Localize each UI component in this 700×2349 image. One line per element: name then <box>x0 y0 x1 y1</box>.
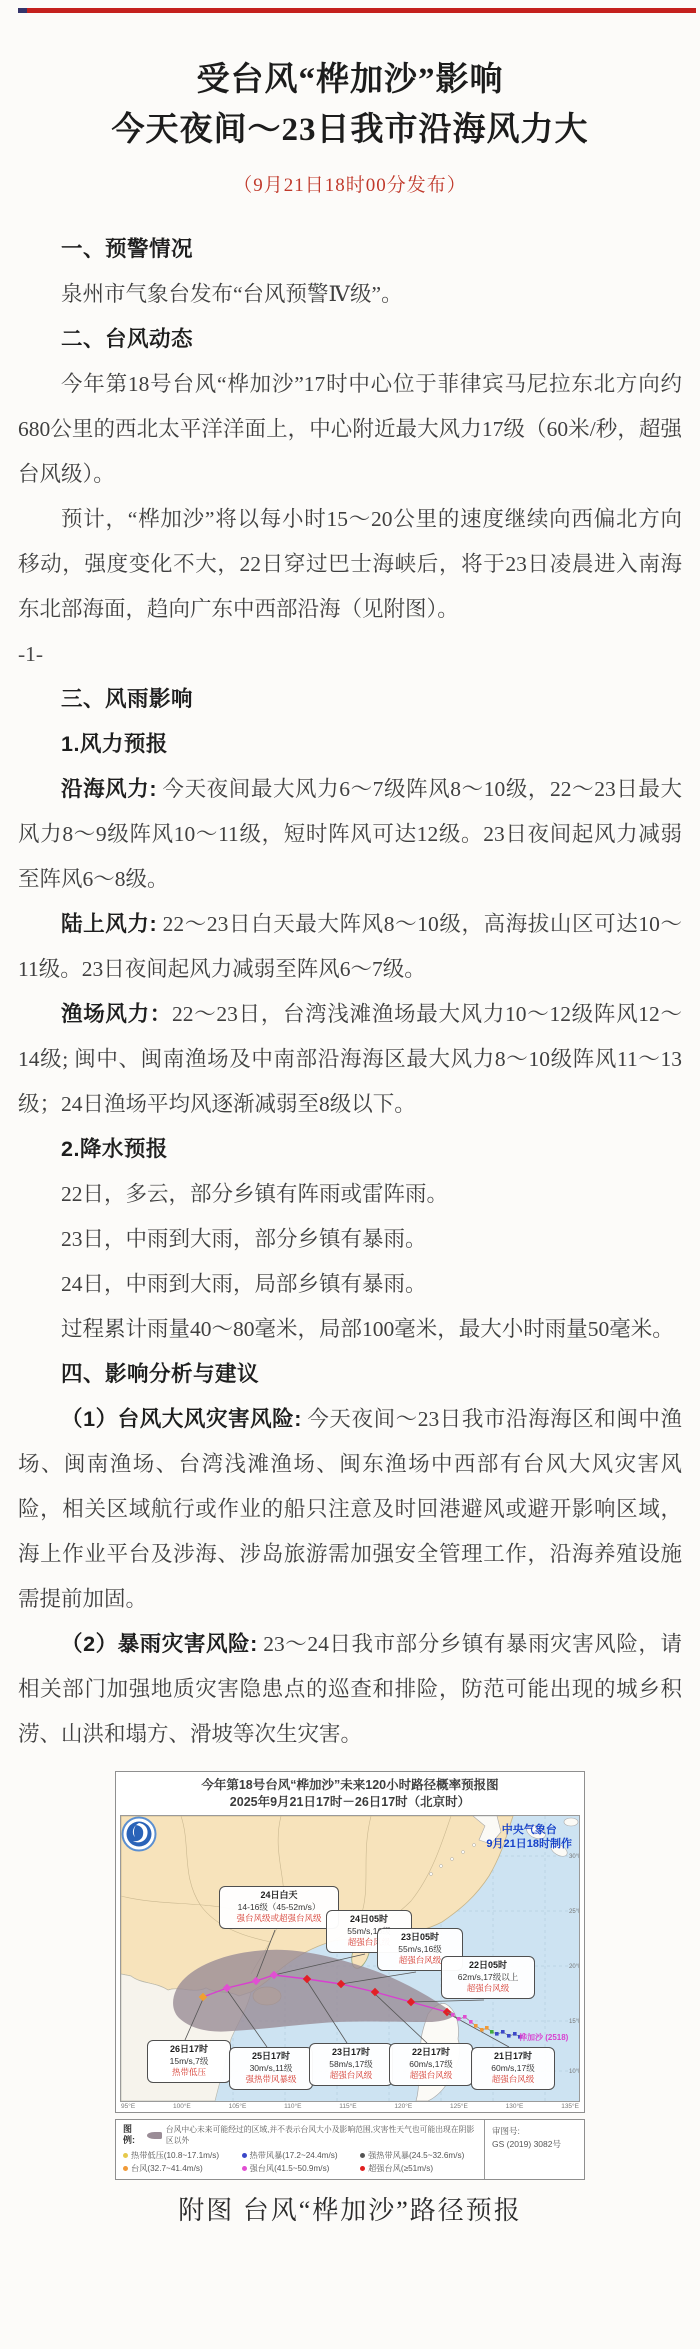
map-title-line-1: 今年第18号台风“桦加沙”未来120小时路径概率预报图 <box>116 1777 584 1794</box>
publish-time: （9月21日18时00分发布） <box>0 170 700 197</box>
fishing-wind-label: 渔场风力： <box>61 1002 172 1026</box>
coastal-wind-label: 沿海风力: <box>61 777 157 801</box>
section-2-heading: 二、台风动态 <box>18 317 682 362</box>
legend-item-td: 热带低压(10.8~17.1m/s) <box>123 2149 242 2162</box>
ty-dot-icon <box>123 2166 128 2171</box>
land-wind-paragraph: 陆上风力: 22～23日白天最大阵风8～10级，高海拔山区可达10～11级。23… <box>18 902 682 992</box>
svg-text:20°N: 20°N <box>569 1964 579 1970</box>
storm-name-label: 桦加沙 (2518) <box>519 2032 568 2043</box>
fishing-wind-paragraph: 渔场风力：22～23日，台湾浅滩渔场最大风力10～12级阵风12～14级; 闽中… <box>18 992 682 1127</box>
agency-issue-time: 9月21日18时制作 <box>486 1837 572 1851</box>
cma-logo-icon <box>121 1816 157 1852</box>
legend-item-superty: 超强台风(≥51m/s) <box>360 2162 479 2175</box>
section-4-heading: 四、影响分析与建议 <box>18 1352 682 1397</box>
legend-item-ty: 台风(32.7~41.4m/s) <box>123 2162 242 2175</box>
x-axis-ticks: 95°E 100°E 105°E 110°E 115°E 120°E 125°E… <box>119 2102 581 2112</box>
callout-24-day: 24日白天 14-16级（45-52m/s） 强台风级或超强台风级 <box>219 1886 339 1929</box>
section-2-paragraph-1: 今年第18号台风“桦加沙”17时中心位于菲律宾马尼拉东北方向约680公里的西北太… <box>18 362 682 497</box>
wind-forecast-subheading: 1.风力预报 <box>18 722 682 767</box>
section-3-heading: 三、风雨影响 <box>18 677 682 722</box>
rain-day23: 23日，中雨到大雨，部分乡镇有暴雨。 <box>18 1217 682 1262</box>
map-canvas: 30°N 25°N 20°N 15°N 10°N 中央气象台 9月21日18时制… <box>120 1815 580 2102</box>
agency-credit: 中央气象台 9月21日18时制作 <box>486 1823 572 1851</box>
section-1-body: 泉州市气象台发布“台风预警Ⅳ级”。 <box>18 272 682 317</box>
page-title: 受台风“桦加沙”影响 今天夜间～23日我市沿海风力大 <box>20 55 680 155</box>
risk-2-paragraph: （2）暴雨灾害风险: 23～24日我市部分乡镇有暴雨灾害风险，请相关部门加强地质… <box>18 1622 682 1757</box>
map-title: 今年第18号台风“桦加沙”未来120小时路径概率预报图 2025年9月21日17… <box>116 1777 584 1811</box>
risk-2-label: （2）暴雨灾害风险: <box>61 1632 257 1656</box>
legend-content: 图例: 台风中心未来可能经过的区域,并不表示台风大小及影响范围,灾害性天气也可能… <box>116 2120 484 2179</box>
title-line-1: 受台风“桦加沙”影响 <box>20 55 680 105</box>
rain-day24: 24日，中雨到大雨，局部乡镇有暴雨。 <box>18 1262 682 1307</box>
agency-name: 中央气象台 <box>486 1823 572 1837</box>
legend-cone-text: 台风中心未来可能经过的区域,并不表示台风大小及影响范围,灾害性天气也可能出现在阴… <box>166 2124 479 2146</box>
risk-1-paragraph: （1）台风大风灾害风险: 今天夜间～23日我市沿海海区和闽中渔场、闽南渔场、台湾… <box>18 1397 682 1622</box>
map-box: 今年第18号台风“桦加沙”未来120小时路径概率预报图 2025年9月21日17… <box>115 1771 585 2113</box>
risk-1-text: 今天夜间～23日我市沿海海区和闽中渔场、闽南渔场、台湾浅滩渔场、闽东渔场中西部有… <box>18 1407 682 1611</box>
map-license: 审图号: GS (2019) 3082号 <box>484 2120 584 2179</box>
risk-1-label: （1）台风大风灾害风险: <box>61 1407 301 1431</box>
section-2-paragraph-2: 预计，“桦加沙”将以每小时15～20公里的速度继续向西偏北方向移动，强度变化不大… <box>18 497 682 632</box>
license-label: 审图号: <box>492 2125 580 2138</box>
section-1-heading: 一、预警情况 <box>18 227 682 272</box>
title-line-2: 今天夜间～23日我市沿海风力大 <box>20 105 680 155</box>
map-title-line-2: 2025年9月21日17时－26日17时（北京时） <box>116 1794 584 1811</box>
callout-25-17: 25日17时 30m/s,11级 强热带风暴级 <box>229 2047 313 2090</box>
license-number: GS (2019) 3082号 <box>492 2138 580 2151</box>
rain-total: 过程累计雨量40～80毫米，局部100毫米，最大小时雨量50毫米。 <box>18 1307 682 1352</box>
figure-caption: 附图 台风“桦加沙”路径预报 <box>0 2190 700 2227</box>
callout-22-17: 22日17时 60m/s,17级 超强台风级 <box>389 2043 473 2086</box>
svg-text:15°N: 15°N <box>569 2019 579 2025</box>
rain-forecast-subheading: 2.降水预报 <box>18 1127 682 1172</box>
superty-dot-icon <box>360 2166 365 2171</box>
typhoon-track-figure: 今年第18号台风“桦加沙”未来120小时路径概率预报图 2025年9月21日17… <box>115 1771 585 2180</box>
callout-21-17: 21日17时 60m/s,17级 超强台风级 <box>471 2047 555 2090</box>
callout-23-17: 23日17时 58m/s,17级 超强台风级 <box>309 2043 393 2086</box>
land-wind-label: 陆上风力: <box>61 912 157 936</box>
page-number: -1- <box>18 632 682 677</box>
callout-22-05: 22日05时 62m/s,17级以上 超强台风级 <box>441 1956 535 1999</box>
ts-dot-icon <box>242 2153 247 2158</box>
legend-items: 热带低压(10.8~17.1m/s) 热带风暴(17.2~24.4m/s) 强热… <box>123 2149 479 2175</box>
legend-item-sts: 强热带风暴(24.5~32.6m/s) <box>360 2149 479 2162</box>
header-rule <box>18 8 696 13</box>
svg-text:30°N: 30°N <box>569 1854 579 1860</box>
svg-text:10°N: 10°N <box>569 2069 579 2075</box>
cone-symbol-icon <box>147 2132 162 2139</box>
callout-26-17: 26日17时 15m/s,7级 热带低压 <box>147 2040 231 2083</box>
legend-item-ts: 热带风暴(17.2~24.4m/s) <box>242 2149 361 2162</box>
td-dot-icon <box>123 2153 128 2158</box>
coastal-wind-paragraph: 沿海风力: 今天夜间最大风力6～7级阵风8～10级，22～23日最大风力8～9级… <box>18 767 682 902</box>
legend-item-sty: 强台风(41.5~50.9m/s) <box>242 2162 361 2175</box>
rain-day22: 22日，多云，部分乡镇有阵雨或雷阵雨。 <box>18 1172 682 1217</box>
map-legend: 图例: 台风中心未来可能经过的区域,并不表示台风大小及影响范围,灾害性天气也可能… <box>115 2119 585 2180</box>
document-body: 一、预警情况 泉州市气象台发布“台风预警Ⅳ级”。 二、台风动态 今年第18号台风… <box>18 227 682 1757</box>
sty-dot-icon <box>242 2166 247 2171</box>
sts-dot-icon <box>360 2153 365 2158</box>
legend-label: 图例: <box>123 2124 143 2146</box>
svg-text:25°N: 25°N <box>569 1909 579 1915</box>
